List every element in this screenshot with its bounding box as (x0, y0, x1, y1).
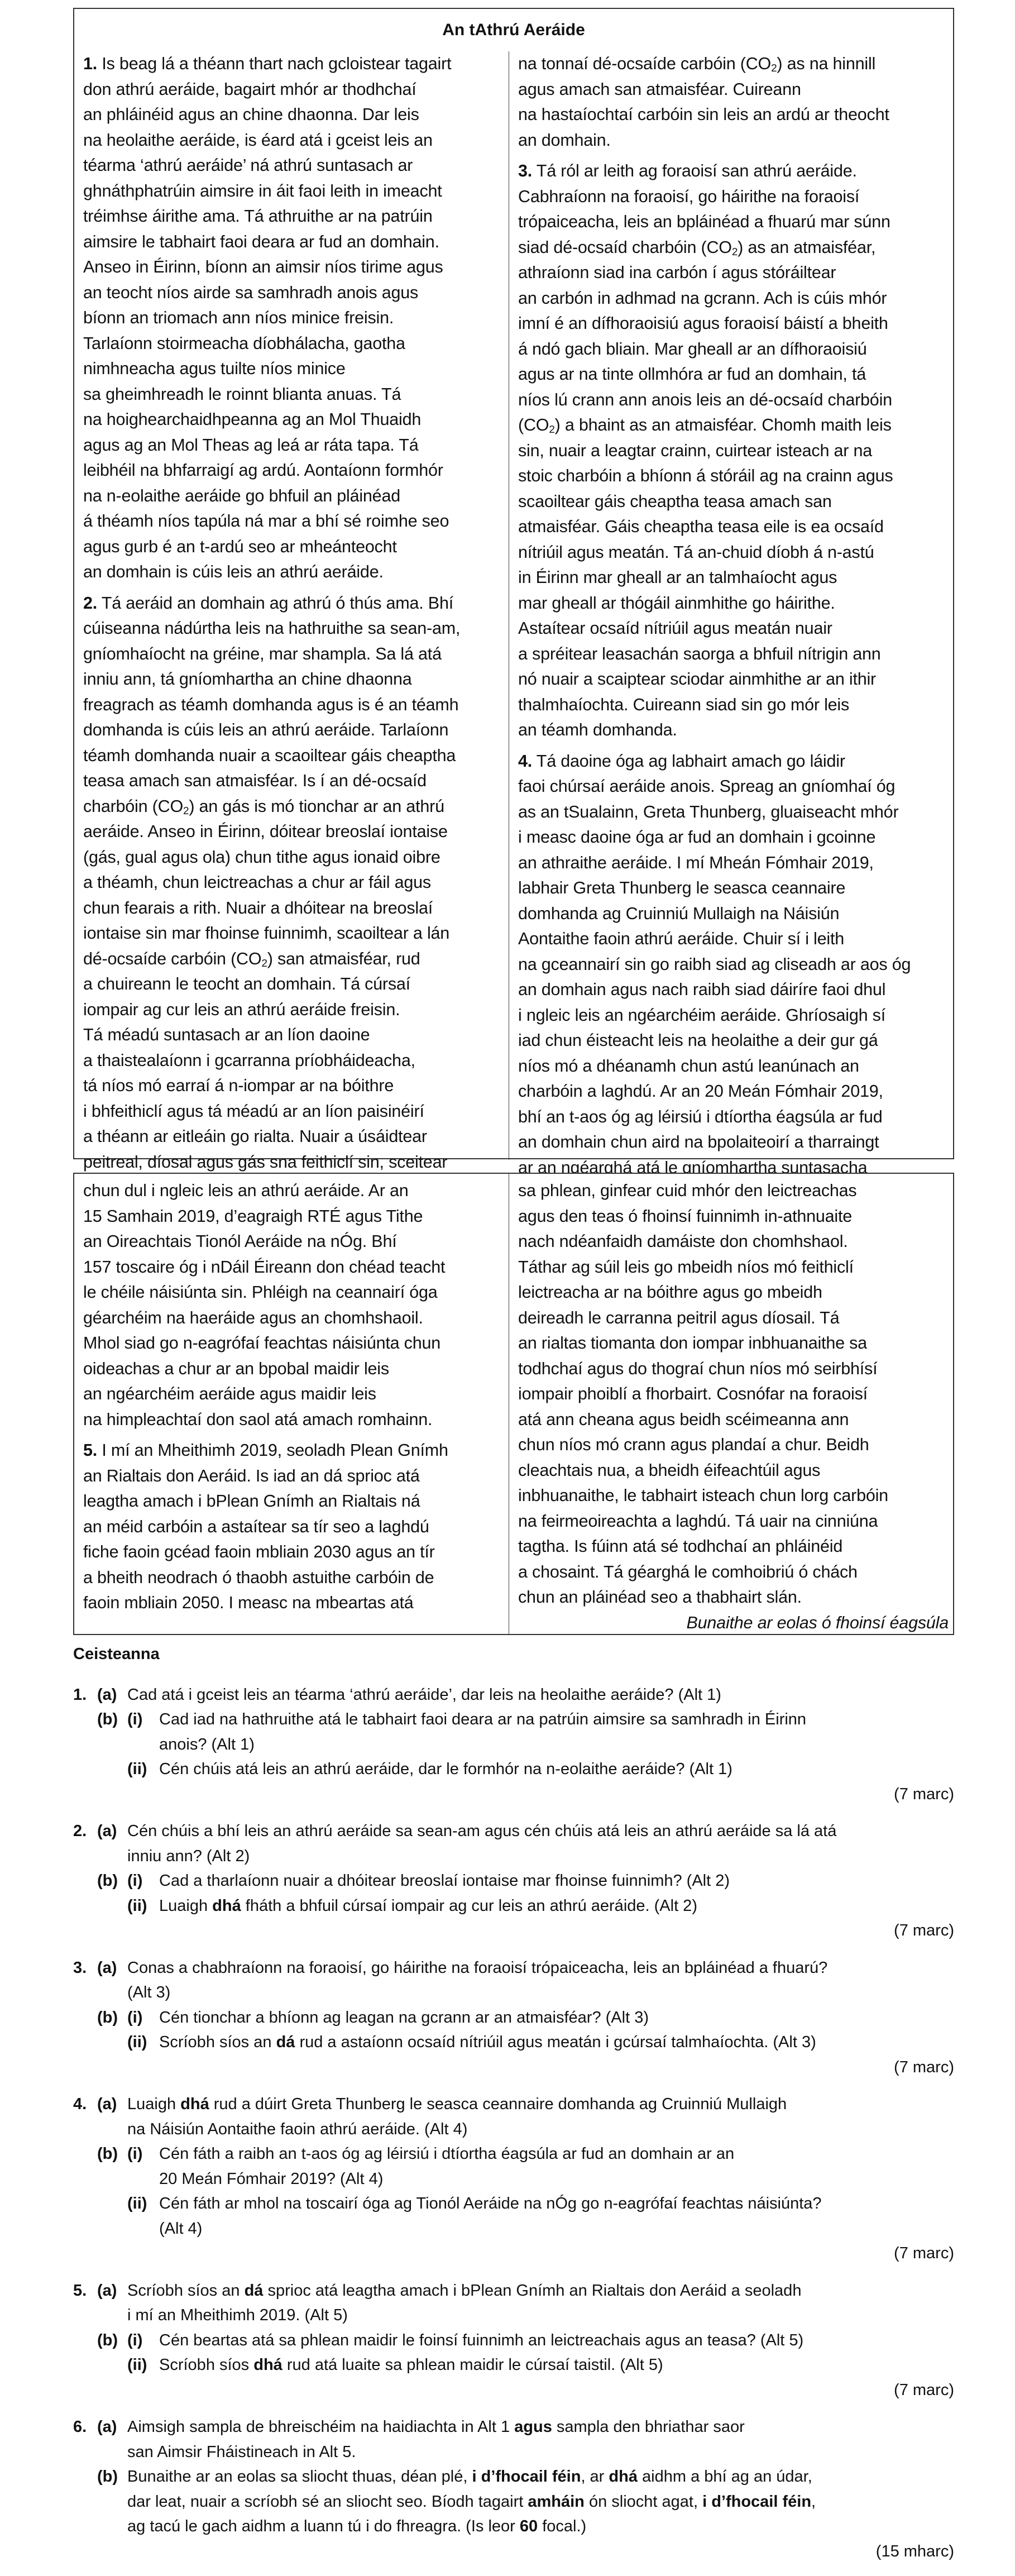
source-attribution: Bunaithe ar eolas ó fhoinsí éagsúla (518, 1610, 949, 1636)
right-column: na tonnaí dé-ocsaíde carbóin (CO2) as na… (509, 51, 953, 1160)
marks-label: (15 mharc) (73, 2539, 954, 2564)
marks-label: (7 marc) (73, 2241, 954, 2266)
question-number: 2. (73, 1819, 97, 1868)
question-number: 5. (73, 2278, 97, 2328)
part-label: (a) (97, 1683, 127, 1708)
subpart-label: (ii) (127, 2030, 159, 2055)
marks-label: (7 marc) (73, 2378, 954, 2403)
question-number: 3. (73, 1956, 97, 2005)
subpart-label: (ii) (127, 2353, 159, 2378)
left-column: 1. Is beag lá a théann thart nach gclois… (74, 51, 509, 1160)
paragraph-5-continued: sa phlean, ginfear cuid mhór den leictre… (518, 1178, 949, 1610)
subpart-label: (i) (127, 2328, 159, 2353)
question-2: 2.(a)Cén chúis a bhí leis an athrú aerái… (73, 1819, 954, 1943)
paragraph-text: sa phlean, ginfear cuid mhór den leictre… (518, 1181, 888, 1607)
question-text: Bunaithe ar an eolas sa sliocht thuas, d… (127, 2464, 954, 2539)
subpart-label: (ii) (127, 2191, 159, 2241)
right-column: sa phlean, ginfear cuid mhór den leictre… (509, 1174, 953, 1634)
paragraph-text: chun dul i ngleic leis an athrú aeráide.… (83, 1181, 445, 1429)
passage-columns: chun dul i ngleic leis an athrú aeráide.… (74, 1174, 953, 1634)
paragraph-2: 2. Tá aeráid an domhain ag athrú ó thús … (83, 591, 504, 1175)
part-label: (b) (97, 1707, 127, 1757)
paragraph-text: Tá aeráid an domhain ag athrú ó thús ama… (83, 594, 460, 1172)
paragraph-number: 1. (83, 54, 97, 73)
paragraph-number: 3. (518, 161, 532, 180)
part-label: (b) (97, 1868, 127, 1894)
part-label: (a) (97, 2092, 127, 2142)
question-text: Cad a tharlaíonn nuair a dhóitear breosl… (159, 1868, 954, 1894)
paragraph-4-continued: chun dul i ngleic leis an athrú aeráide.… (83, 1178, 504, 1432)
left-column: chun dul i ngleic leis an athrú aeráide.… (74, 1174, 509, 1634)
passage-columns: 1. Is beag lá a théann thart nach gclois… (74, 51, 953, 1160)
subpart-label: (i) (127, 2005, 159, 2030)
paragraph-5: 5. I mí an Mheithimh 2019, seoladh Plean… (83, 1438, 504, 1616)
part-label: (b) (97, 2464, 127, 2539)
marks-label: (7 marc) (73, 1918, 954, 1943)
question-number: 1. (73, 1683, 97, 1708)
question-text: Cad atá i gceist leis an téarma ‘athrú a… (127, 1683, 954, 1708)
paragraph-2-continued: na tonnaí dé-ocsaíde carbóin (CO2) as na… (518, 51, 949, 153)
passage-title: An tAthrú Aeráide (74, 9, 953, 51)
question-text: Cén fáth ar mhol na toscairí óga ag Tion… (159, 2191, 954, 2241)
part-label: (b) (97, 2328, 127, 2353)
part-label: (a) (97, 1819, 127, 1868)
question-text: Cad iad na hathruithe atá le tabhairt fa… (159, 1707, 954, 1757)
questions-heading: Ceisteanna (73, 1642, 954, 1667)
question-text: Cén chúis a bhí leis an athrú aeráide sa… (127, 1819, 954, 1868)
question-text: Cén fáth a raibh an t-aos óg ag léirsiú … (159, 2142, 954, 2191)
paragraph-text: Is beag lá a théann thart nach gcloistea… (83, 54, 451, 581)
question-4: 4.(a)Luaigh dhá rud a dúirt Greta Thunbe… (73, 2092, 954, 2266)
questions-section: Ceisteanna 1.(a)Cad atá i gceist leis an… (73, 1642, 954, 2576)
paragraph-number: 4. (518, 752, 532, 771)
passage-box-2: chun dul i ngleic leis an athrú aeráide.… (73, 1173, 954, 1635)
question-5: 5.(a)Scríobh síos an dá sprioc atá leagt… (73, 2278, 954, 2403)
paragraph-text: Tá daoine óga ag labhairt amach go láidi… (518, 752, 911, 1177)
question-text: Scríobh síos dhá rud atá luaite sa phlea… (159, 2353, 954, 2378)
paragraph-3: 3. Tá ról ar leith ag foraoisí san athrú… (518, 159, 949, 743)
subpart-label: (i) (127, 1868, 159, 1894)
question-text: Luaigh dhá rud a dúirt Greta Thunberg le… (127, 2092, 954, 2142)
question-text: Conas a chabhraíonn na foraoisí, go háir… (127, 1956, 954, 2005)
paragraph-text: na tonnaí dé-ocsaíde carbóin (CO2) as na… (518, 54, 889, 150)
part-label: (a) (97, 2415, 127, 2464)
passage-box-1: An tAthrú Aeráide 1. Is beag lá a théann… (73, 8, 954, 1159)
paragraph-number: 2. (83, 594, 97, 613)
question-3: 3.(a)Conas a chabhraíonn na foraoisí, go… (73, 1956, 954, 2080)
question-text: Cén chúis atá leis an athrú aeráide, dar… (159, 1757, 954, 1782)
question-text: Cén tionchar a bhíonn ag leagan na gcran… (159, 2005, 954, 2030)
part-label: (b) (97, 2142, 127, 2191)
question-text: Aimsigh sampla de bhreischéim na haidiac… (127, 2415, 954, 2464)
question-number: 4. (73, 2092, 97, 2142)
question-text: Cén beartas atá sa phlean maidir le foin… (159, 2328, 954, 2353)
subpart-label: (i) (127, 1707, 159, 1757)
subpart-label: (i) (127, 2142, 159, 2191)
subpart-label: (ii) (127, 1894, 159, 1919)
part-label: (b) (97, 2005, 127, 2030)
paragraph-1: 1. Is beag lá a théann thart nach gclois… (83, 51, 504, 585)
part-label: (a) (97, 1956, 127, 2005)
subpart-label: (ii) (127, 1757, 159, 1782)
paragraph-text: I mí an Mheithimh 2019, seoladh Plean Gn… (83, 1441, 448, 1612)
paragraph-number: 5. (83, 1441, 97, 1460)
paragraph-4: 4. Tá daoine óga ag labhairt amach go lá… (518, 749, 949, 1181)
question-text: Scríobh síos an dá sprioc atá leagtha am… (127, 2278, 954, 2328)
question-text: Scríobh síos an dá rud a astaíonn ocsaíd… (159, 2030, 954, 2055)
question-text: Luaigh dhá fháth a bhfuil cúrsaí iompair… (159, 1894, 954, 1919)
question-number: 6. (73, 2415, 97, 2464)
paragraph-text: Tá ról ar leith ag foraoisí san athrú ae… (518, 161, 893, 739)
question-1: 1.(a)Cad atá i gceist leis an téarma ‘at… (73, 1683, 954, 1807)
marks-label: (7 marc) (73, 1782, 954, 1807)
marks-label: (7 marc) (73, 2055, 954, 2080)
question-6: 6.(a)Aimsigh sampla de bhreischéim na ha… (73, 2415, 954, 2564)
part-label: (a) (97, 2278, 127, 2328)
